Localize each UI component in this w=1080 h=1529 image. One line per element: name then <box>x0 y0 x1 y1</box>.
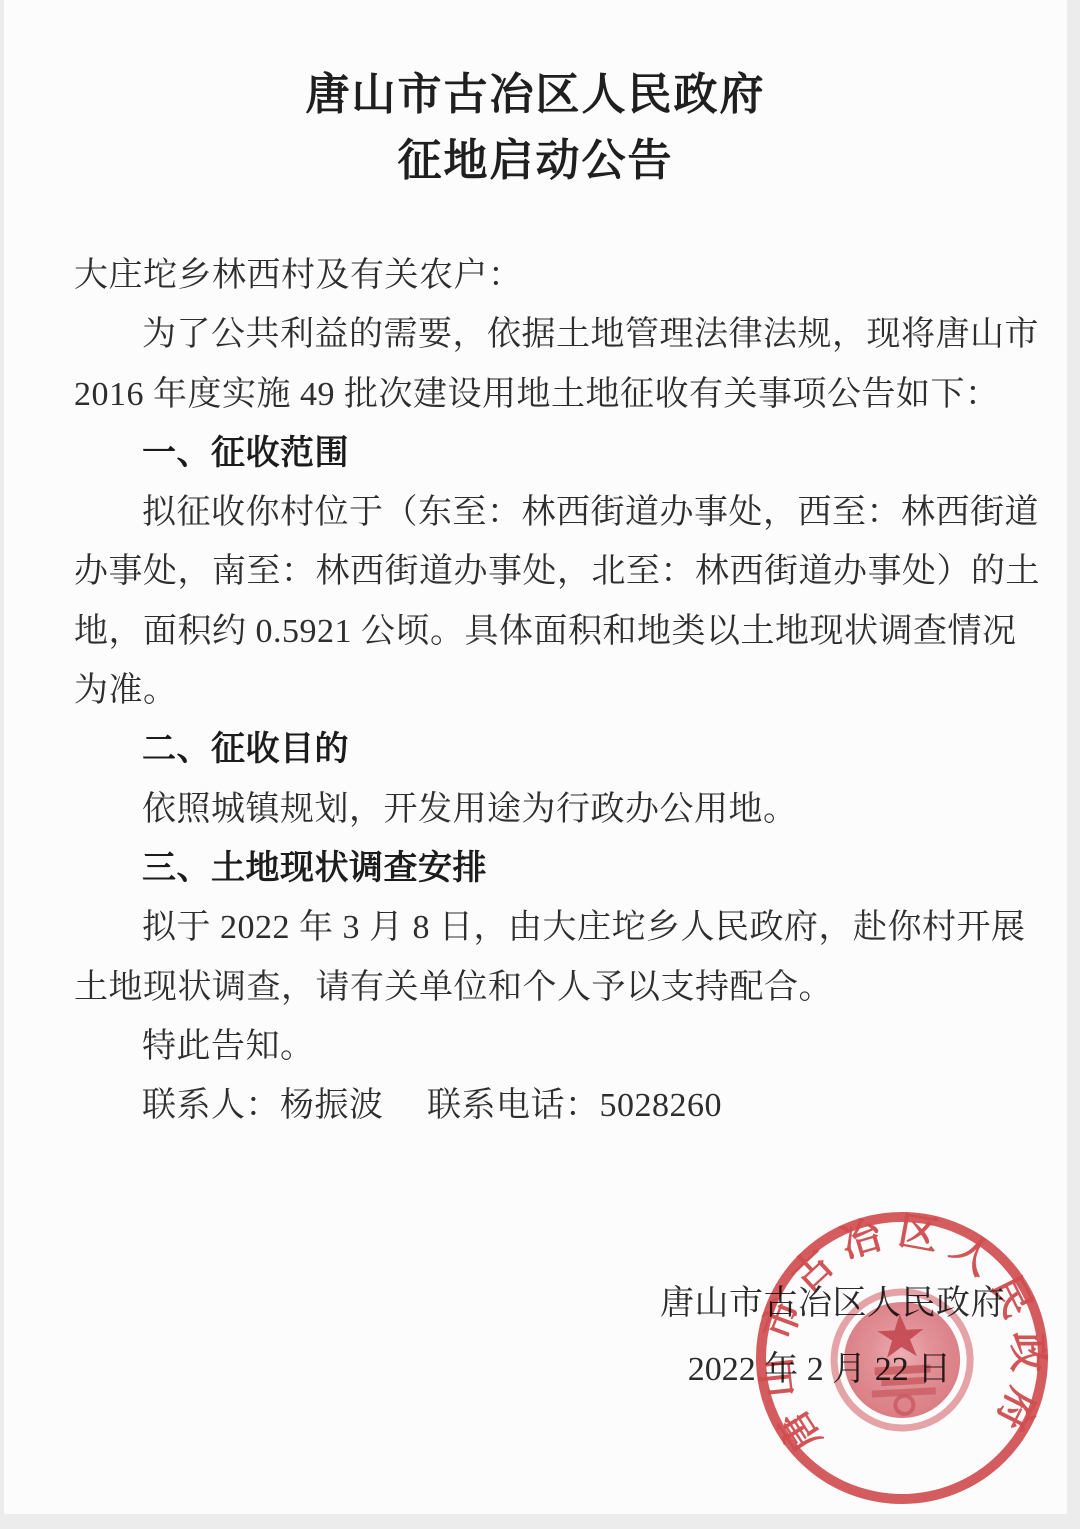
document-line: 特此告知。 <box>74 1017 1024 1076</box>
document-line: 土地现状调查，请有关单位和个人予以支持配合。 <box>74 958 1024 1017</box>
document-line: 一、征收范围 <box>74 424 1024 483</box>
document-line: 拟征收你村位于（东至：林西街道办事处，西至：林西街道 <box>74 483 1024 542</box>
document-line: 大庄坨乡林西村及有关农户： <box>74 246 1024 305</box>
document-line: 二、征收目的 <box>74 720 1024 779</box>
document-line: 联系人：杨振波 联系电话：5028260 <box>74 1076 1024 1135</box>
title-line-2: 征地启动公告 <box>4 128 1067 194</box>
document-line: 依照城镇规划，开发用途为行政办公用地。 <box>74 780 1024 839</box>
document-line: 办事处，南至：林西街道办事处，北至：林西街道办事处）的土 <box>74 542 1024 601</box>
document-line: 为了公共利益的需要，依据土地管理法律法规，现将唐山市 <box>74 305 1024 364</box>
national-emblem-icon <box>831 1289 974 1432</box>
document-line: 拟于 2022 年 3 月 8 日，由大庄坨乡人民政府，赴你村开展 <box>74 898 1024 957</box>
document-title: 唐山市古冶区人民政府 征地启动公告 <box>4 62 1067 194</box>
document-line: 为准。 <box>74 661 1024 720</box>
document-line: 2016 年度实施 49 批次建设用地土地征收有关事项公告如下： <box>74 365 1024 424</box>
document-line: 地，面积约 0.5921 公顷。具体面积和地类以土地现状调查情况 <box>74 602 1024 661</box>
official-seal: 唐山市古冶区人民政府 <box>734 1190 1070 1526</box>
title-line-1: 唐山市古冶区人民政府 <box>4 62 1067 128</box>
document-line: 三、土地现状调查安排 <box>74 839 1024 898</box>
document-page: 唐山市古冶区人民政府 征地启动公告 大庄坨乡林西村及有关农户： 为了公共利益的需… <box>4 0 1067 1514</box>
document-body: 大庄坨乡林西村及有关农户： 为了公共利益的需要，依据土地管理法律法规，现将唐山市… <box>74 246 1024 1135</box>
